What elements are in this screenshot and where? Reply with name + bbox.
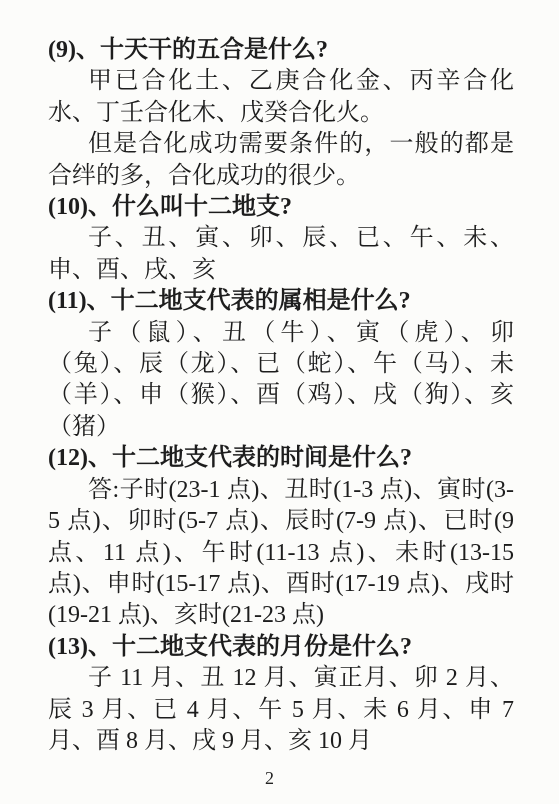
qa-section-10: (10)、什么叫十二地支? 子、丑、寅、卯、辰、已、午、未、申、酉、戌、亥 [48, 192, 514, 286]
answer-paragraph-9a: 甲已合化土、乙庚合化金、丙辛合化水、丁壬合化木、戊癸合化火。 [48, 66, 514, 129]
question-heading-12: (12)、十二地支代表的时间是什么? [48, 443, 514, 474]
answer-paragraph-11: 子（鼠）、丑（牛）、寅（虎）、卯（兔）、辰（龙）、已（蛇）、午（马）、未（羊）、… [48, 318, 514, 444]
qa-section-9: (9)、十天干的五合是什么? 甲已合化土、乙庚合化金、丙辛合化水、丁壬合化木、戊… [48, 35, 514, 192]
answer-paragraph-12: 答:子时(23-1 点)、丑时(1-3 点)、寅时(3-5 点)、卯时(5-7 … [48, 475, 514, 632]
question-heading-10: (10)、什么叫十二地支? [48, 192, 514, 223]
question-heading-9: (9)、十天干的五合是什么? [48, 35, 514, 66]
answer-paragraph-9b: 但是合化成功需要条件的，一般的都是合绊的多，合化成功的很少。 [48, 129, 514, 192]
answer-paragraph-10: 子、丑、寅、卯、辰、已、午、未、申、酉、戌、亥 [48, 223, 514, 286]
question-heading-11: (11)、十二地支代表的属相是什么? [48, 286, 514, 317]
answer-paragraph-13: 子 11 月、丑 12 月、寅正月、卯 2 月、辰 3 月、已 4 月、午 5 … [48, 663, 514, 757]
question-heading-13: (13)、十二地支代表的月份是什么? [48, 632, 514, 663]
book-page: (9)、十天干的五合是什么? 甲已合化土、乙庚合化金、丙辛合化水、丁壬合化木、戊… [0, 0, 559, 804]
page-number: 2 [0, 768, 539, 789]
qa-section-11: (11)、十二地支代表的属相是什么? 子（鼠）、丑（牛）、寅（虎）、卯（兔）、辰… [48, 286, 514, 443]
qa-section-13: (13)、十二地支代表的月份是什么? 子 11 月、丑 12 月、寅正月、卯 2… [48, 632, 514, 758]
qa-section-12: (12)、十二地支代表的时间是什么? 答:子时(23-1 点)、丑时(1-3 点… [48, 443, 514, 631]
page-content: (9)、十天干的五合是什么? 甲已合化土、乙庚合化金、丙辛合化水、丁壬合化木、戊… [48, 35, 514, 757]
